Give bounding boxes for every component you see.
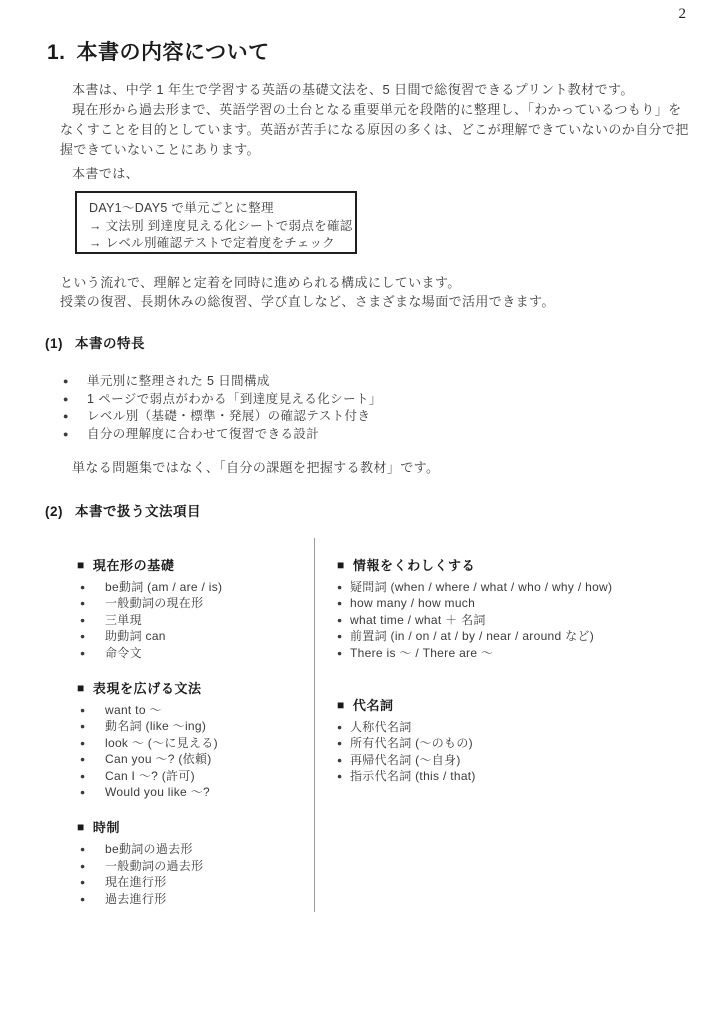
intro-after-1: という流れで、理解と定着を同時に進められる構成にしています。 [60, 273, 692, 292]
list-item: ●人称代名詞 [337, 719, 697, 735]
grammar-item-text: want to 〜 [105, 702, 162, 718]
grammar-item-text: how many / how much [350, 595, 475, 611]
section1-number: (1) [45, 336, 63, 351]
bullet-icon: ● [337, 628, 350, 644]
bullet-icon: ● [63, 426, 87, 444]
flow-box-line-3: → レベル別確認テストで定着度をチェック [89, 235, 355, 253]
grammar-item-text: 所有代名詞 (〜のもの) [350, 735, 473, 751]
grammar-group-expressions: ■表現を広げる文法 ●want to 〜 ●動名詞 (like 〜ing) ●l… [77, 680, 307, 800]
grammar-item-text: look 〜 (〜に見える) [105, 735, 218, 751]
grammar-group-pronouns: ■代名詞 ●人称代名詞 ●所有代名詞 (〜のもの) ●再帰代名詞 (〜自身) ●… [337, 697, 697, 785]
bullet-icon: ● [77, 841, 105, 857]
grammar-item-text: 人称代名詞 [350, 719, 412, 735]
square-bullet-icon: ■ [77, 819, 85, 836]
section2-title: 本書で扱う文法項目 [75, 504, 201, 519]
bullet-icon: ● [77, 751, 105, 767]
list-item: ●前置詞 (in / on / at / by / near / around … [337, 628, 697, 644]
bullet-icon: ● [337, 595, 350, 611]
list-item: ●be動詞 (am / are / is) [77, 579, 307, 595]
features-list: ●単元別に整理された 5 日間構成 ●1 ページで弱点がわかる「到達度見える化シ… [63, 373, 724, 443]
bullet-icon: ● [77, 735, 105, 751]
square-bullet-icon: ■ [337, 697, 345, 714]
column-divider [314, 538, 315, 912]
list-item: ●レベル別（基礎・標準・発展）の確認テスト付き [63, 408, 724, 426]
feature-text: 単元別に整理された 5 日間構成 [87, 373, 270, 391]
page-title-text: 本書の内容について [77, 41, 270, 64]
bullet-icon: ● [77, 784, 105, 800]
list-item: ●現在進行形 [77, 874, 307, 890]
square-bullet-icon: ■ [77, 557, 85, 574]
grammar-item-text: 前置詞 (in / on / at / by / near / around な… [350, 628, 594, 644]
grammar-group-detail-info: ■情報をくわしくする ●疑問詞 (when / where / what / w… [337, 557, 697, 661]
group-title-text: 表現を広げる文法 [93, 680, 202, 697]
list-item: ●動名詞 (like 〜ing) [77, 718, 307, 734]
grammar-column-right: ■情報をくわしくする ●疑問詞 (when / where / what / w… [337, 557, 697, 804]
bullet-icon: ● [337, 579, 350, 595]
list-item: ●一般動詞の過去形 [77, 858, 307, 874]
list-item: ●所有代名詞 (〜のもの) [337, 735, 697, 751]
bullet-icon: ● [337, 719, 350, 735]
list-item: ●単元別に整理された 5 日間構成 [63, 373, 724, 391]
list-item: ●指示代名詞 (this / that) [337, 768, 697, 784]
grammar-item-text: 再帰代名詞 (〜自身) [350, 752, 461, 768]
list-item: ●過去進行形 [77, 891, 307, 907]
bullet-icon: ● [77, 595, 105, 611]
grammar-item-text: 助動詞 can [105, 628, 166, 644]
list-item: ●再帰代名詞 (〜自身) [337, 752, 697, 768]
list-item: ●三単現 [77, 612, 307, 628]
list-item: ●want to 〜 [77, 702, 307, 718]
flow-box-line-2: → 文法別 到達度見える化シートで弱点を確認 [89, 218, 355, 236]
grammar-item-text: 現在進行形 [105, 874, 167, 890]
page-number: 2 [679, 6, 687, 23]
bullet-icon: ● [337, 735, 350, 751]
bullet-icon: ● [77, 768, 105, 784]
bullet-icon: ● [77, 628, 105, 644]
grammar-item-text: 動名詞 (like 〜ing) [105, 718, 206, 734]
grammar-group-tense: ■時制 ●be動詞の過去形 ●一般動詞の過去形 ●現在進行形 ●過去進行形 [77, 819, 307, 907]
flow-box-line-1: DAY1〜DAY5 で単元ごとに整理 [89, 200, 355, 218]
grammar-item-text: Would you like 〜? [105, 784, 210, 800]
section2-number: (2) [45, 504, 63, 519]
grammar-item-text: be動詞 (am / are / is) [105, 579, 222, 595]
section2-heading: (2)本書で扱う文法項目 [45, 503, 724, 520]
bullet-icon: ● [63, 373, 87, 391]
feature-text: レベル別（基礎・標準・発展）の確認テスト付き [87, 408, 370, 426]
bullet-icon: ● [63, 391, 87, 409]
grammar-columns: ■現在形の基礎 ●be動詞 (am / are / is) ●一般動詞の現在形 … [0, 557, 724, 927]
grammar-group-present-basics: ■現在形の基礎 ●be動詞 (am / are / is) ●一般動詞の現在形 … [77, 557, 307, 661]
section1-title: 本書の特長 [75, 336, 145, 351]
bullet-icon: ● [77, 874, 105, 890]
group-title-text: 現在形の基礎 [93, 557, 175, 574]
page-title: 1.本書の内容について [47, 40, 724, 66]
grammar-item-text: 疑問詞 (when / where / what / who / why / h… [350, 579, 612, 595]
section1-heading: (1)本書の特長 [45, 335, 724, 352]
list-item: ●助動詞 can [77, 628, 307, 644]
list-item: ●1 ページで弱点がわかる「到達度見える化シート」 [63, 391, 724, 409]
grammar-item-text: what time / what ＋ 名詞 [350, 612, 486, 628]
grammar-item-text: 過去進行形 [105, 891, 167, 907]
list-item: ●Would you like 〜? [77, 784, 307, 800]
feature-text: 自分の理解度に合わせて復習できる設計 [87, 426, 319, 444]
list-item: ●look 〜 (〜に見える) [77, 735, 307, 751]
list-item: ●命令文 [77, 645, 307, 661]
bullet-icon: ● [77, 891, 105, 907]
bullet-icon: ● [77, 579, 105, 595]
bullet-icon: ● [77, 858, 105, 874]
bullet-icon: ● [63, 408, 87, 426]
grammar-item-text: 一般動詞の現在形 [105, 595, 203, 611]
bullet-icon: ● [337, 645, 350, 661]
bullet-icon: ● [77, 718, 105, 734]
bullet-icon: ● [77, 702, 105, 718]
list-item: ●what time / what ＋ 名詞 [337, 612, 697, 628]
grammar-item-text: be動詞の過去形 [105, 841, 193, 857]
grammar-item-text: Can I 〜? (許可) [105, 768, 195, 784]
list-item: ●be動詞の過去形 [77, 841, 307, 857]
grammar-item-text: 命令文 [105, 645, 142, 661]
list-item: ●There is 〜 / There are 〜 [337, 645, 697, 661]
bullet-icon: ● [77, 612, 105, 628]
section1-note: 単なる問題集ではなく、「自分の課題を把握する教材」です。 [72, 458, 724, 477]
grammar-item-text: Can you 〜? (依頼) [105, 751, 212, 767]
feature-text: 1 ページで弱点がわかる「到達度見える化シート」 [87, 391, 382, 409]
grammar-column-left: ■現在形の基礎 ●be動詞 (am / are / is) ●一般動詞の現在形 … [77, 557, 307, 926]
group-title-text: 代名詞 [353, 697, 394, 714]
list-item: ●一般動詞の現在形 [77, 595, 307, 611]
square-bullet-icon: ■ [77, 680, 85, 697]
grammar-item-text: There is 〜 / There are 〜 [350, 645, 493, 661]
intro-section: 本書は、中学 1 年生で学習する英語の基礎文法を、5 日間で総復習できるプリント… [60, 80, 692, 311]
grammar-item-text: 指示代名詞 (this / that) [350, 768, 476, 784]
bullet-icon: ● [337, 768, 350, 784]
page-title-number: 1. [47, 41, 66, 64]
intro-paragraph-2: 現在形から過去形まで、英語学習の土台となる重要単元を段階的に整理し、「わかってい… [60, 100, 692, 160]
flow-box: DAY1〜DAY5 で単元ごとに整理 → 文法別 到達度見える化シートで弱点を確… [75, 191, 357, 254]
grammar-item-text: 三単現 [105, 612, 142, 628]
list-item: ●Can you 〜? (依頼) [77, 751, 307, 767]
list-item: ●自分の理解度に合わせて復習できる設計 [63, 426, 724, 444]
list-item: ●how many / how much [337, 595, 697, 611]
intro-paragraph-1: 本書は、中学 1 年生で学習する英語の基礎文法を、5 日間で総復習できるプリント… [60, 80, 692, 100]
bullet-icon: ● [337, 612, 350, 628]
group-title-text: 時制 [93, 819, 120, 836]
bullet-icon: ● [337, 752, 350, 768]
document-page: 2 1.本書の内容について 本書は、中学 1 年生で学習する英語の基礎文法を、5… [0, 0, 724, 1024]
group-title-text: 情報をくわしくする [353, 557, 475, 574]
grammar-item-text: 一般動詞の過去形 [105, 858, 203, 874]
intro-after-2: 授業の復習、長期休みの総復習、学び直しなど、さまざまな場面で活用できます。 [60, 292, 692, 311]
intro-lead: 本書では、 [60, 164, 692, 184]
bullet-icon: ● [77, 645, 105, 661]
square-bullet-icon: ■ [337, 557, 345, 574]
list-item: ●Can I 〜? (許可) [77, 768, 307, 784]
list-item: ●疑問詞 (when / where / what / who / why / … [337, 579, 697, 595]
